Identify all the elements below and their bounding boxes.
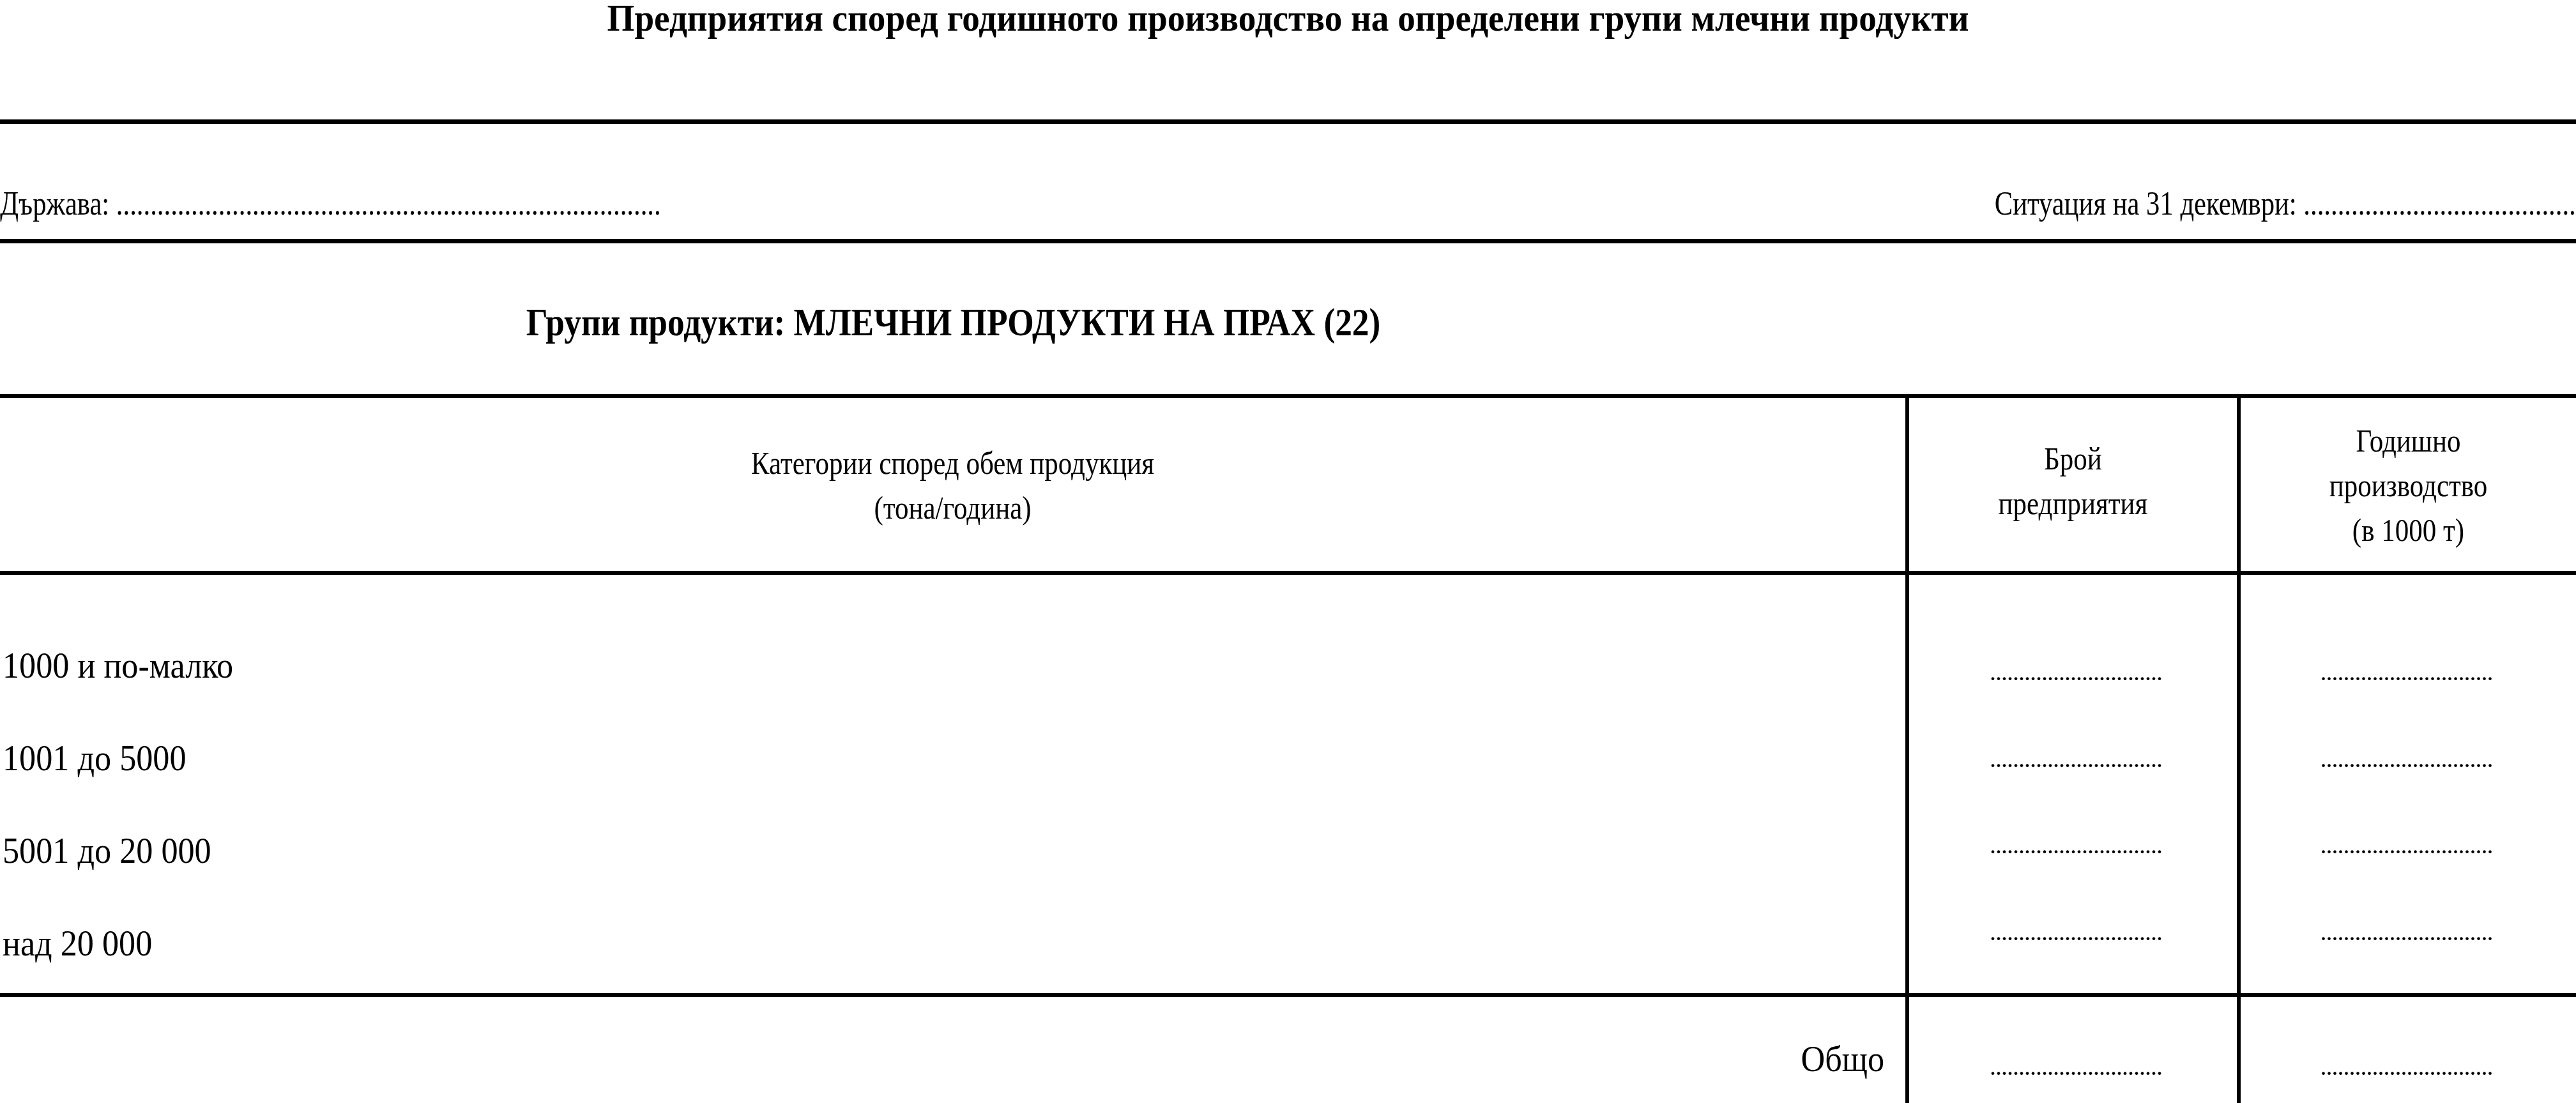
header-category-line2: (тона/година)	[133, 485, 1772, 530]
table-header-border	[0, 571, 2576, 575]
divider	[0, 239, 2576, 243]
table-top-border	[0, 394, 2576, 398]
divider	[0, 119, 2576, 124]
production-input[interactable]: ..............................	[2264, 659, 2549, 685]
row-category: над 20 000	[3, 924, 152, 962]
count-input[interactable]: ..............................	[1935, 746, 2216, 772]
header-count: Брой предприятия	[1932, 436, 2214, 526]
total-count-input[interactable]: ..............................	[1935, 1054, 2216, 1079]
count-input[interactable]: ..............................	[1935, 919, 2216, 945]
count-input[interactable]: ..............................	[1935, 832, 2216, 858]
production-input[interactable]: ..............................	[2264, 746, 2549, 772]
row-category: 5001 до 20 000	[3, 832, 211, 870]
total-production-input[interactable]: ..............................	[2264, 1054, 2549, 1079]
row-category: 1000 и по-малко	[3, 646, 233, 685]
production-input[interactable]: ..............................	[2264, 832, 2549, 858]
header-count-line1: Брой	[1932, 436, 2214, 481]
header-category: Категории според обем продукция (тона/го…	[133, 441, 1772, 530]
production-input[interactable]: ..............................	[2264, 919, 2549, 945]
row-category: 1001 до 5000	[3, 739, 187, 777]
country-label: Държава:	[0, 186, 109, 222]
total-label: Общо	[1683, 1040, 1884, 1078]
header-production-line2: производство	[2264, 463, 2553, 508]
column-divider	[2237, 394, 2241, 1103]
column-divider	[1905, 394, 1909, 1103]
header-production-line1: Годишно	[2264, 418, 2553, 463]
header-category-line1: Категории според обем продукция	[133, 441, 1772, 485]
document-title: Предприятия според годишното производств…	[103, 0, 2473, 37]
table-total-border	[0, 993, 2576, 997]
country-field[interactable]: Държава: ...............................…	[0, 185, 661, 224]
count-input[interactable]: ..............................	[1935, 659, 2216, 685]
header-count-line2: предприятия	[1932, 481, 2214, 526]
product-group-heading: Групи продукти: МЛЕЧНИ ПРОДУКТИ НА ПРАХ …	[133, 300, 1773, 345]
situation-value[interactable]: ........................................	[2304, 186, 2576, 222]
header-production-line3: (в 1000 т)	[2264, 508, 2553, 552]
situation-date-field[interactable]: Ситуация на 31 декември: ...............…	[1995, 185, 2576, 224]
situation-label: Ситуация на 31 декември:	[1995, 186, 2297, 222]
country-value[interactable]: ........................................…	[116, 186, 661, 222]
header-production: Годишно производство (в 1000 т)	[2264, 418, 2553, 552]
